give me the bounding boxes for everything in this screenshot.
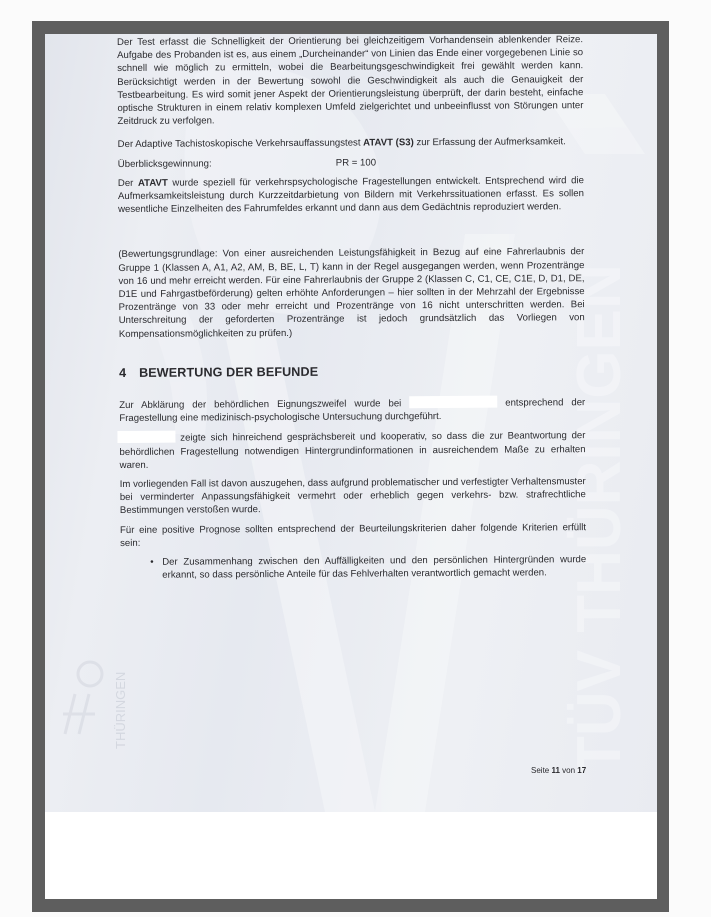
- criteria-item: Der Zusammenhang zwischen den Auffälligk…: [150, 553, 586, 582]
- paragraph-assessment-basis: (Bewertungsgrundlage: Von einer ausreich…: [118, 246, 585, 341]
- section-title: BEWERTUNG DER BEFUNDE: [139, 365, 318, 380]
- paragraph-prognosis-criteria: Für eine positive Prognose sollten entsp…: [120, 521, 586, 550]
- criteria-list: Der Zusammenhang zwischen den Auffälligk…: [120, 553, 586, 582]
- page-number: Seite 11 von 17: [531, 766, 586, 775]
- result-value: PR = 100: [336, 156, 376, 169]
- test-name-atavt-s3: ATAVT (S3): [363, 138, 414, 149]
- paragraph-atavt-description: Der ATAVT wurde speziell für verkehrspsy…: [118, 174, 584, 216]
- paragraph-behavior-patterns: Im vorliegenden Fall ist davon auszugehe…: [120, 475, 586, 517]
- paragraph-cooperation: zeigte sich hinreichend gesprächsbereit …: [119, 429, 585, 472]
- paragraph-atavt-intro: Der Adaptive Tachistoskopische Verkehrsa…: [118, 136, 584, 152]
- total-pages: 17: [577, 766, 586, 775]
- paragraph-test-description: Der Test erfasst die Schnelligkeit der O…: [117, 34, 584, 128]
- redacted-name: [409, 396, 497, 409]
- paragraph-clarification: Zur Abklärung der behördlichen Eignungsz…: [119, 395, 585, 425]
- section-number: 4: [119, 367, 139, 380]
- section-heading: 4BEWERTUNG DER BEFUNDE: [119, 364, 585, 380]
- result-label: Überblicksgewinnung:: [118, 156, 336, 171]
- document-page: TÜV THÜRINGEN THÜRINGEN Der Test erfasst…: [45, 34, 657, 899]
- redacted-name: [117, 431, 175, 443]
- current-page: 11: [551, 766, 559, 775]
- result-row: Überblicksgewinnung: PR = 100: [118, 155, 584, 171]
- document-body: Der Test erfasst die Schnelligkeit der O…: [117, 34, 586, 582]
